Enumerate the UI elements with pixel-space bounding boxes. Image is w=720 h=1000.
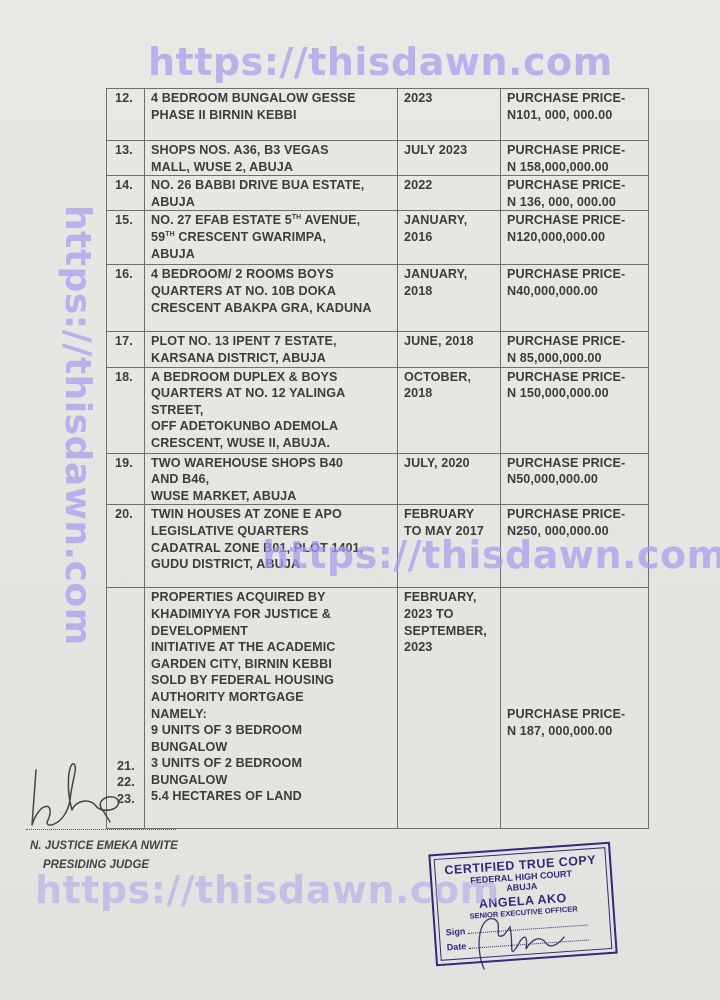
price-text: N 158,000,000.00	[507, 159, 643, 176]
property-text: QUARTERS AT NO. 10B DOKA	[151, 283, 392, 300]
price-text: N250, 000,000.00	[507, 523, 643, 540]
price-text: PURCHASE PRICE-	[507, 266, 643, 283]
date-cell: JANUARY,2018	[398, 265, 501, 332]
property-text: GARDEN CITY, BIRNIN KEBBI	[151, 656, 392, 673]
date-text: TO MAY 2017	[404, 523, 495, 540]
date-text: JULY, 2020	[404, 455, 495, 472]
property-text: KHADIMIYYA FOR JUSTICE &	[151, 606, 392, 623]
price-text: N120,000,000.00	[507, 229, 643, 246]
price-text: PURCHASE PRICE-	[507, 333, 643, 350]
property-text: 59TH CRESCENT GWARIMPA,	[151, 229, 392, 246]
signature-line	[26, 829, 176, 830]
price-text: N 187, 000,000.00	[507, 723, 625, 740]
property-text: TWIN HOUSES AT ZONE E APO	[151, 506, 392, 523]
item-number-cell: 16.	[107, 265, 145, 332]
price-cell: PURCHASE PRICE-N120,000,000.00	[501, 211, 649, 265]
date-text: 2016	[404, 229, 495, 246]
property-cell: PLOT NO. 13 IPENT 7 ESTATE,KARSANA DISTR…	[145, 332, 398, 367]
property-cell: 4 BEDROOM/ 2 ROOMS BOYSQUARTERS AT NO. 1…	[145, 265, 398, 332]
date-cell: 2023	[398, 89, 501, 141]
property-text: A BEDROOM DUPLEX & BOYS	[151, 369, 392, 386]
price-cell: PURCHASE PRICE-N 136, 000, 000.00	[501, 176, 649, 211]
property-text: LEGISLATIVE QUARTERS	[151, 523, 392, 540]
price-text: N40,000,000.00	[507, 283, 643, 300]
date-text: 2023	[404, 639, 495, 656]
table-row: 14.NO. 26 BABBI DRIVE BUA ESTATE,ABUJA20…	[107, 176, 649, 211]
table-row: 17.PLOT NO. 13 IPENT 7 ESTATE,KARSANA DI…	[107, 332, 649, 367]
item-number-text: 19.	[115, 455, 139, 472]
item-number-text: 20.	[115, 506, 139, 523]
document-page: 12.4 BEDROOM BUNGALOW GESSEPHASE II BIRN…	[0, 0, 720, 1000]
property-text: 4 BEDROOM BUNGALOW GESSE	[151, 90, 392, 107]
price-text: PURCHASE PRICE-	[507, 506, 643, 523]
price-cell: PURCHASE PRICE-N50,000,000.00	[501, 453, 649, 505]
property-text: 4 BEDROOM/ 2 ROOMS BOYS	[151, 266, 392, 283]
price-text: N101, 000, 000.00	[507, 107, 643, 124]
price-text: PURCHASE PRICE-	[507, 142, 643, 159]
property-cell: NO. 27 EFAB ESTATE 5TH AVENUE,59TH CRESC…	[145, 211, 398, 265]
price-text: PURCHASE PRICE-	[507, 177, 643, 194]
price-text: PURCHASE PRICE-	[507, 90, 643, 107]
price-text: PURCHASE PRICE-	[507, 212, 643, 229]
price-cell: PURCHASE PRICE-N101, 000, 000.00	[501, 89, 649, 141]
price-text: PURCHASE PRICE-	[507, 455, 643, 472]
price-cell: PURCHASE PRICE-N 150,000,000.00	[501, 367, 649, 453]
judge-title: PRESIDING JUDGE	[43, 859, 149, 871]
date-cell: JUNE, 2018	[398, 332, 501, 367]
watermark-vertical: https://thisdawn.com	[57, 205, 98, 646]
price-cell: PURCHASE PRICE-N250, 000,000.00	[501, 505, 649, 588]
date-text: JANUARY,	[404, 212, 495, 229]
judge-name: N. JUSTICE EMEKA NWITE	[30, 840, 178, 852]
item-number-text: 14.	[115, 177, 139, 194]
property-text: NAMELY:	[151, 706, 392, 723]
property-cell: NO. 26 BABBI DRIVE BUA ESTATE,ABUJA	[145, 176, 398, 211]
property-text: QUARTERS AT NO. 12 YALINGA	[151, 385, 392, 402]
price-cell: PURCHASE PRICE-N40,000,000.00	[501, 265, 649, 332]
table-row: 21.22.23.PROPERTIES ACQUIRED BYKHADIMIYY…	[107, 588, 649, 829]
price-text: N50,000,000.00	[507, 471, 643, 488]
price-cell: PURCHASE PRICE-N 85,000,000.00	[501, 332, 649, 367]
property-cell: TWIN HOUSES AT ZONE E APOLEGISLATIVE QUA…	[145, 505, 398, 588]
property-cell: TWO WAREHOUSE SHOPS B40AND B46,WUSE MARK…	[145, 453, 398, 505]
date-cell: OCTOBER,2018	[398, 367, 501, 453]
property-text: BUNGALOW	[151, 772, 392, 789]
table-row: 13.SHOPS NOS. A36, B3 VEGASMALL, WUSE 2,…	[107, 141, 649, 176]
date-text: 2023	[404, 90, 495, 107]
item-number-cell: 18.	[107, 367, 145, 453]
item-number-text: 16.	[115, 266, 139, 283]
property-text: KARSANA DISTRICT, ABUJA	[151, 350, 392, 367]
price-text: N 85,000,000.00	[507, 350, 643, 367]
property-cell: A BEDROOM DUPLEX & BOYSQUARTERS AT NO. 1…	[145, 367, 398, 453]
property-text: STREET,	[151, 402, 392, 419]
item-number-text: 13.	[115, 142, 139, 159]
property-text: SHOPS NOS. A36, B3 VEGAS	[151, 142, 392, 159]
item-number-cell: 14.	[107, 176, 145, 211]
date-text: JUNE, 2018	[404, 333, 495, 350]
item-number-cell: 19.	[107, 453, 145, 505]
date-cell: FEBRUARY,2023 TOSEPTEMBER,2023	[398, 588, 501, 829]
property-text: CADATRAL ZONE B01, PLOT 1401,	[151, 540, 392, 557]
property-text: ABUJA	[151, 246, 392, 263]
price-cell: PURCHASE PRICE-N 158,000,000.00	[501, 141, 649, 176]
item-number-cell: 13.	[107, 141, 145, 176]
property-text: NO. 27 EFAB ESTATE 5TH AVENUE,	[151, 212, 392, 229]
property-text: CRESCENT ABAKPA GRA, KADUNA	[151, 300, 392, 317]
property-cell: PROPERTIES ACQUIRED BYKHADIMIYYA FOR JUS…	[145, 588, 398, 829]
watermark-top: https://thisdawn.com	[148, 40, 613, 84]
date-cell: JULY, 2020	[398, 453, 501, 505]
property-text: AUTHORITY MORTGAGE	[151, 689, 392, 706]
table-row: 19.TWO WAREHOUSE SHOPS B40AND B46,WUSE M…	[107, 453, 649, 505]
date-text: 2022	[404, 177, 495, 194]
property-cell: SHOPS NOS. A36, B3 VEGASMALL, WUSE 2, AB…	[145, 141, 398, 176]
table-row: 18.A BEDROOM DUPLEX & BOYSQUARTERS AT NO…	[107, 367, 649, 453]
item-number-text: 17.	[115, 333, 139, 350]
date-text: SEPTEMBER,	[404, 623, 495, 640]
stamp-sign-label: Sign	[445, 926, 465, 937]
date-text: OCTOBER,	[404, 369, 495, 386]
property-text: DEVELOPMENT	[151, 623, 392, 640]
item-number-cell: 20.	[107, 505, 145, 588]
property-table: 12.4 BEDROOM BUNGALOW GESSEPHASE II BIRN…	[106, 88, 649, 829]
property-text: BUNGALOW	[151, 739, 392, 756]
date-cell: JANUARY,2016	[398, 211, 501, 265]
property-text: NO. 26 BABBI DRIVE BUA ESTATE,	[151, 177, 392, 194]
property-text: 3 UNITS OF 2 BEDROOM	[151, 755, 392, 772]
item-number-cell: 17.	[107, 332, 145, 367]
table-row: 15.NO. 27 EFAB ESTATE 5TH AVENUE,59TH CR…	[107, 211, 649, 265]
item-number-cell: 15.	[107, 211, 145, 265]
item-number-text: 12.	[115, 90, 139, 107]
date-cell: JULY 2023	[398, 141, 501, 176]
property-text: GUDU DISTRICT, ABUJA	[151, 556, 392, 573]
judge-signature	[26, 760, 146, 832]
price-text: N 150,000,000.00	[507, 385, 643, 402]
property-text: 9 UNITS OF 3 BEDROOM	[151, 722, 392, 739]
price-text: PURCHASE PRICE-	[507, 706, 625, 723]
property-text: ABUJA	[151, 194, 392, 211]
property-text: CRESCENT, WUSE II, ABUJA.	[151, 435, 392, 452]
officer-signature	[470, 905, 580, 975]
table-row: 12.4 BEDROOM BUNGALOW GESSEPHASE II BIRN…	[107, 89, 649, 141]
item-number-cell: 12.	[107, 89, 145, 141]
date-text: 2023 TO	[404, 606, 495, 623]
date-cell: FEBRUARYTO MAY 2017	[398, 505, 501, 588]
property-text: SOLD BY FEDERAL HOUSING	[151, 672, 392, 689]
date-text: JANUARY,	[404, 266, 495, 283]
item-number-text: 18.	[115, 369, 139, 386]
property-text: AND B46,	[151, 471, 392, 488]
stamp-court: FEDERAL HIGH COURT	[432, 866, 610, 888]
stamp-heading: CERTIFIED TRUE COPY	[431, 852, 610, 878]
date-cell: 2022	[398, 176, 501, 211]
item-number-text: 15.	[115, 212, 139, 229]
date-text: 2018	[404, 385, 495, 402]
date-text: FEBRUARY	[404, 506, 495, 523]
table-row: 20.TWIN HOUSES AT ZONE E APOLEGISLATIVE …	[107, 505, 649, 588]
price-cell: PURCHASE PRICE-N 187, 000,000.00	[501, 588, 649, 829]
date-text: FEBRUARY,	[404, 589, 495, 606]
property-text: PLOT NO. 13 IPENT 7 ESTATE,	[151, 333, 392, 350]
price-text: N 136, 000, 000.00	[507, 194, 643, 211]
property-text: OFF ADETOKUNBO ADEMOLA	[151, 418, 392, 435]
property-text: TWO WAREHOUSE SHOPS B40	[151, 455, 392, 472]
property-text: PROPERTIES ACQUIRED BY	[151, 589, 392, 606]
date-text: JULY 2023	[404, 142, 495, 159]
property-text: PHASE II BIRNIN KEBBI	[151, 107, 392, 124]
property-text: MALL, WUSE 2, ABUJA	[151, 159, 392, 176]
date-text: 2018	[404, 283, 495, 300]
stamp-date-label: Date	[446, 941, 466, 952]
stamp-city: ABUJA	[433, 876, 611, 898]
property-cell: 4 BEDROOM BUNGALOW GESSEPHASE II BIRNIN …	[145, 89, 398, 141]
table-row: 16.4 BEDROOM/ 2 ROOMS BOYSQUARTERS AT NO…	[107, 265, 649, 332]
property-text: 5.4 HECTARES OF LAND	[151, 788, 392, 805]
property-text: INITIATIVE AT THE ACADEMIC	[151, 639, 392, 656]
price-text: PURCHASE PRICE-	[507, 369, 643, 386]
property-text: WUSE MARKET, ABUJA	[151, 488, 392, 505]
